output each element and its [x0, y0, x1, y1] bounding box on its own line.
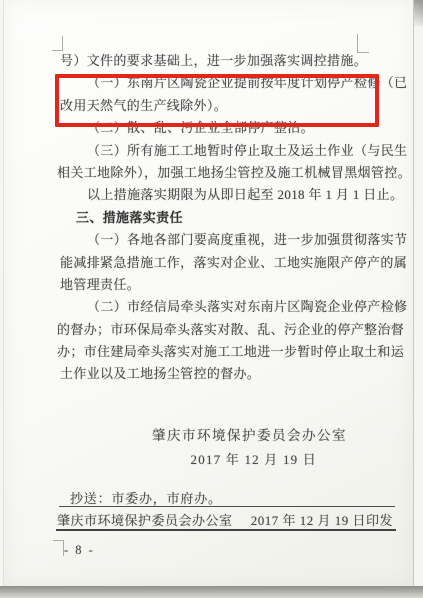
footer-rule-bottom	[56, 529, 396, 531]
imprint-issuer: 肇庆市环境保护委员会办公室	[57, 510, 233, 529]
cc-line: 抄送：市委办，市府办。	[70, 488, 222, 507]
section-heading: 三、措施落实责任	[60, 207, 403, 229]
document-line: 号）文件的要求基础上，进一步加强落实调控措施。	[60, 50, 403, 72]
document-line: 地管理责任。	[60, 274, 403, 296]
imprint-row: 肇庆市环境保护委员会办公室 2017 年 12 月 19 日印发	[57, 510, 393, 529]
page-number: - 8 -	[64, 543, 95, 558]
document-body: 号）文件的要求基础上，进一步加强落实调控措施。 （一）东南片区陶瓷企业提前按年度…	[60, 50, 403, 386]
margin-mark-top-left	[62, 36, 63, 51]
document-line: （三）所有施工工地暂时停止取土及运土作业（与民生	[60, 140, 403, 162]
document-line: 以上措施落实期限为从即日起至 2018 年 1 月 1 日止。	[60, 184, 403, 206]
document-line: 能减排紧急措施工作，落实对企业、工地实施限产停产的属	[60, 252, 403, 274]
document-line: （一）各地各部门要高度重视，进一步加强贯彻落实节	[60, 229, 403, 251]
document-line-highlighted: 改用天然气的生产线除外）。	[60, 95, 403, 117]
document-line: （二）散、乱、污企业全部停产整治。	[60, 117, 403, 139]
document-line: 的督办；市环保局牵头落实对散、乱、污企业的停产整治督	[57, 319, 403, 341]
document-line: （二）市经信局牵头落实对东南片区陶瓷企业停产检修	[60, 296, 403, 318]
imprint-issue-date: 2017 年 12 月 19 日印发	[251, 510, 393, 529]
document-line: 土作业以及工地扬尘管控的督办。	[60, 363, 403, 385]
document-line-highlighted: （一）东南片区陶瓷企业提前按年度计划停产检修（已	[60, 72, 403, 94]
scan-edge-shadow	[0, 586, 423, 598]
signature-organization: 肇庆市环境保护委员会办公室	[152, 424, 347, 444]
footer-rule-top	[59, 506, 395, 507]
scan-corner-shadow	[414, 0, 423, 26]
signature-date: 2017 年 12 月 19 日	[191, 449, 317, 468]
document-line: 相关工地除外），加强工地扬尘管控及施工机械冒黑烟管控。	[57, 162, 403, 184]
document-line: 办；市住建局牵头落实对施工工地进一步暂时停止取土和运	[57, 341, 403, 363]
scanned-document: 号）文件的要求基础上，进一步加强落实调控措施。 （一）东南片区陶瓷企业提前按年度…	[0, 0, 423, 598]
